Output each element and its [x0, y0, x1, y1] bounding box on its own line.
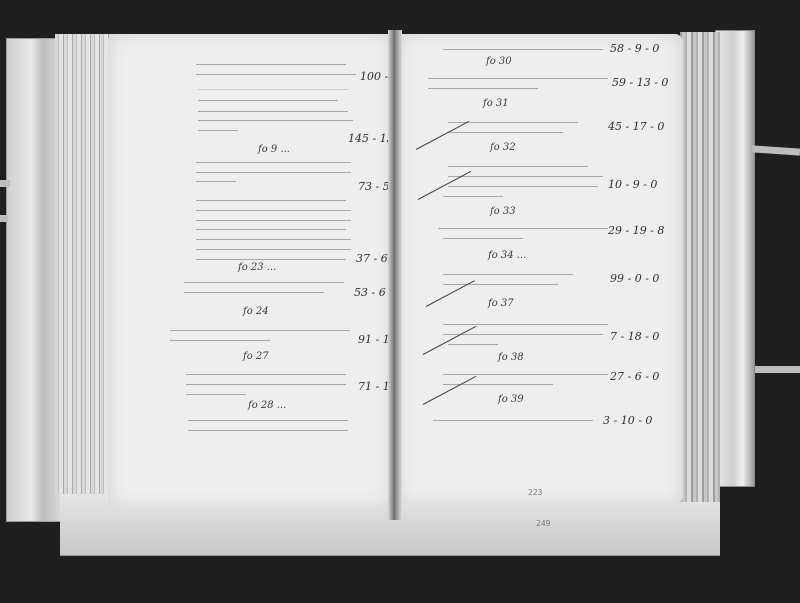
right-page: 58 - 9 - 0 fo 30 59 - 13 - 0 fo 31 45 - … [398, 34, 683, 504]
amount: 10 - 9 - 0 [608, 178, 657, 191]
strap-right-upper [752, 145, 800, 155]
amount: 59 - 13 - 0 [612, 76, 668, 89]
folio-heading: fo 28 ... [248, 400, 286, 411]
page-edges-right [680, 32, 720, 502]
amount: 7 - 18 - 0 [610, 330, 659, 343]
folio-heading: fo 37 [488, 298, 514, 309]
folio-number-stamp: 249 [536, 519, 550, 528]
left-page: 100 - . - 145 - 13 - fo 9 ... 73 - 5 - 3… [108, 34, 393, 508]
folio-heading: fo 31 [483, 98, 509, 109]
folio-heading: fo 38 [498, 352, 524, 363]
folio-heading: fo 9 ... [258, 144, 290, 155]
back-cover-right [715, 30, 755, 487]
book-gutter [388, 30, 402, 520]
amount: 27 - 6 - 0 [610, 370, 659, 383]
folio-heading: fo 32 [490, 142, 516, 153]
folio-heading: fo 24 [243, 306, 269, 317]
amount: 45 - 17 - 0 [608, 120, 664, 133]
strap-left-upper [0, 180, 10, 187]
amount: 29 - 19 - 8 [608, 224, 664, 237]
folio-heading: fo 23 ... [238, 262, 276, 273]
strap-left-lower [0, 215, 8, 222]
strap-right-lower [755, 366, 800, 373]
amount: 99 - 0 - 0 [610, 272, 659, 285]
folio-heading: fo 30 [486, 56, 512, 67]
folio-heading: fo 27 [243, 351, 269, 362]
folio-heading: fo 34 ... [488, 250, 526, 261]
amount: 3 - 10 - 0 [603, 414, 652, 427]
folio-heading: fo 39 [498, 394, 524, 405]
folio-heading: fo 33 [490, 206, 516, 217]
amount: 58 - 9 - 0 [610, 42, 659, 55]
page-number-stamp: 223 [528, 488, 542, 497]
